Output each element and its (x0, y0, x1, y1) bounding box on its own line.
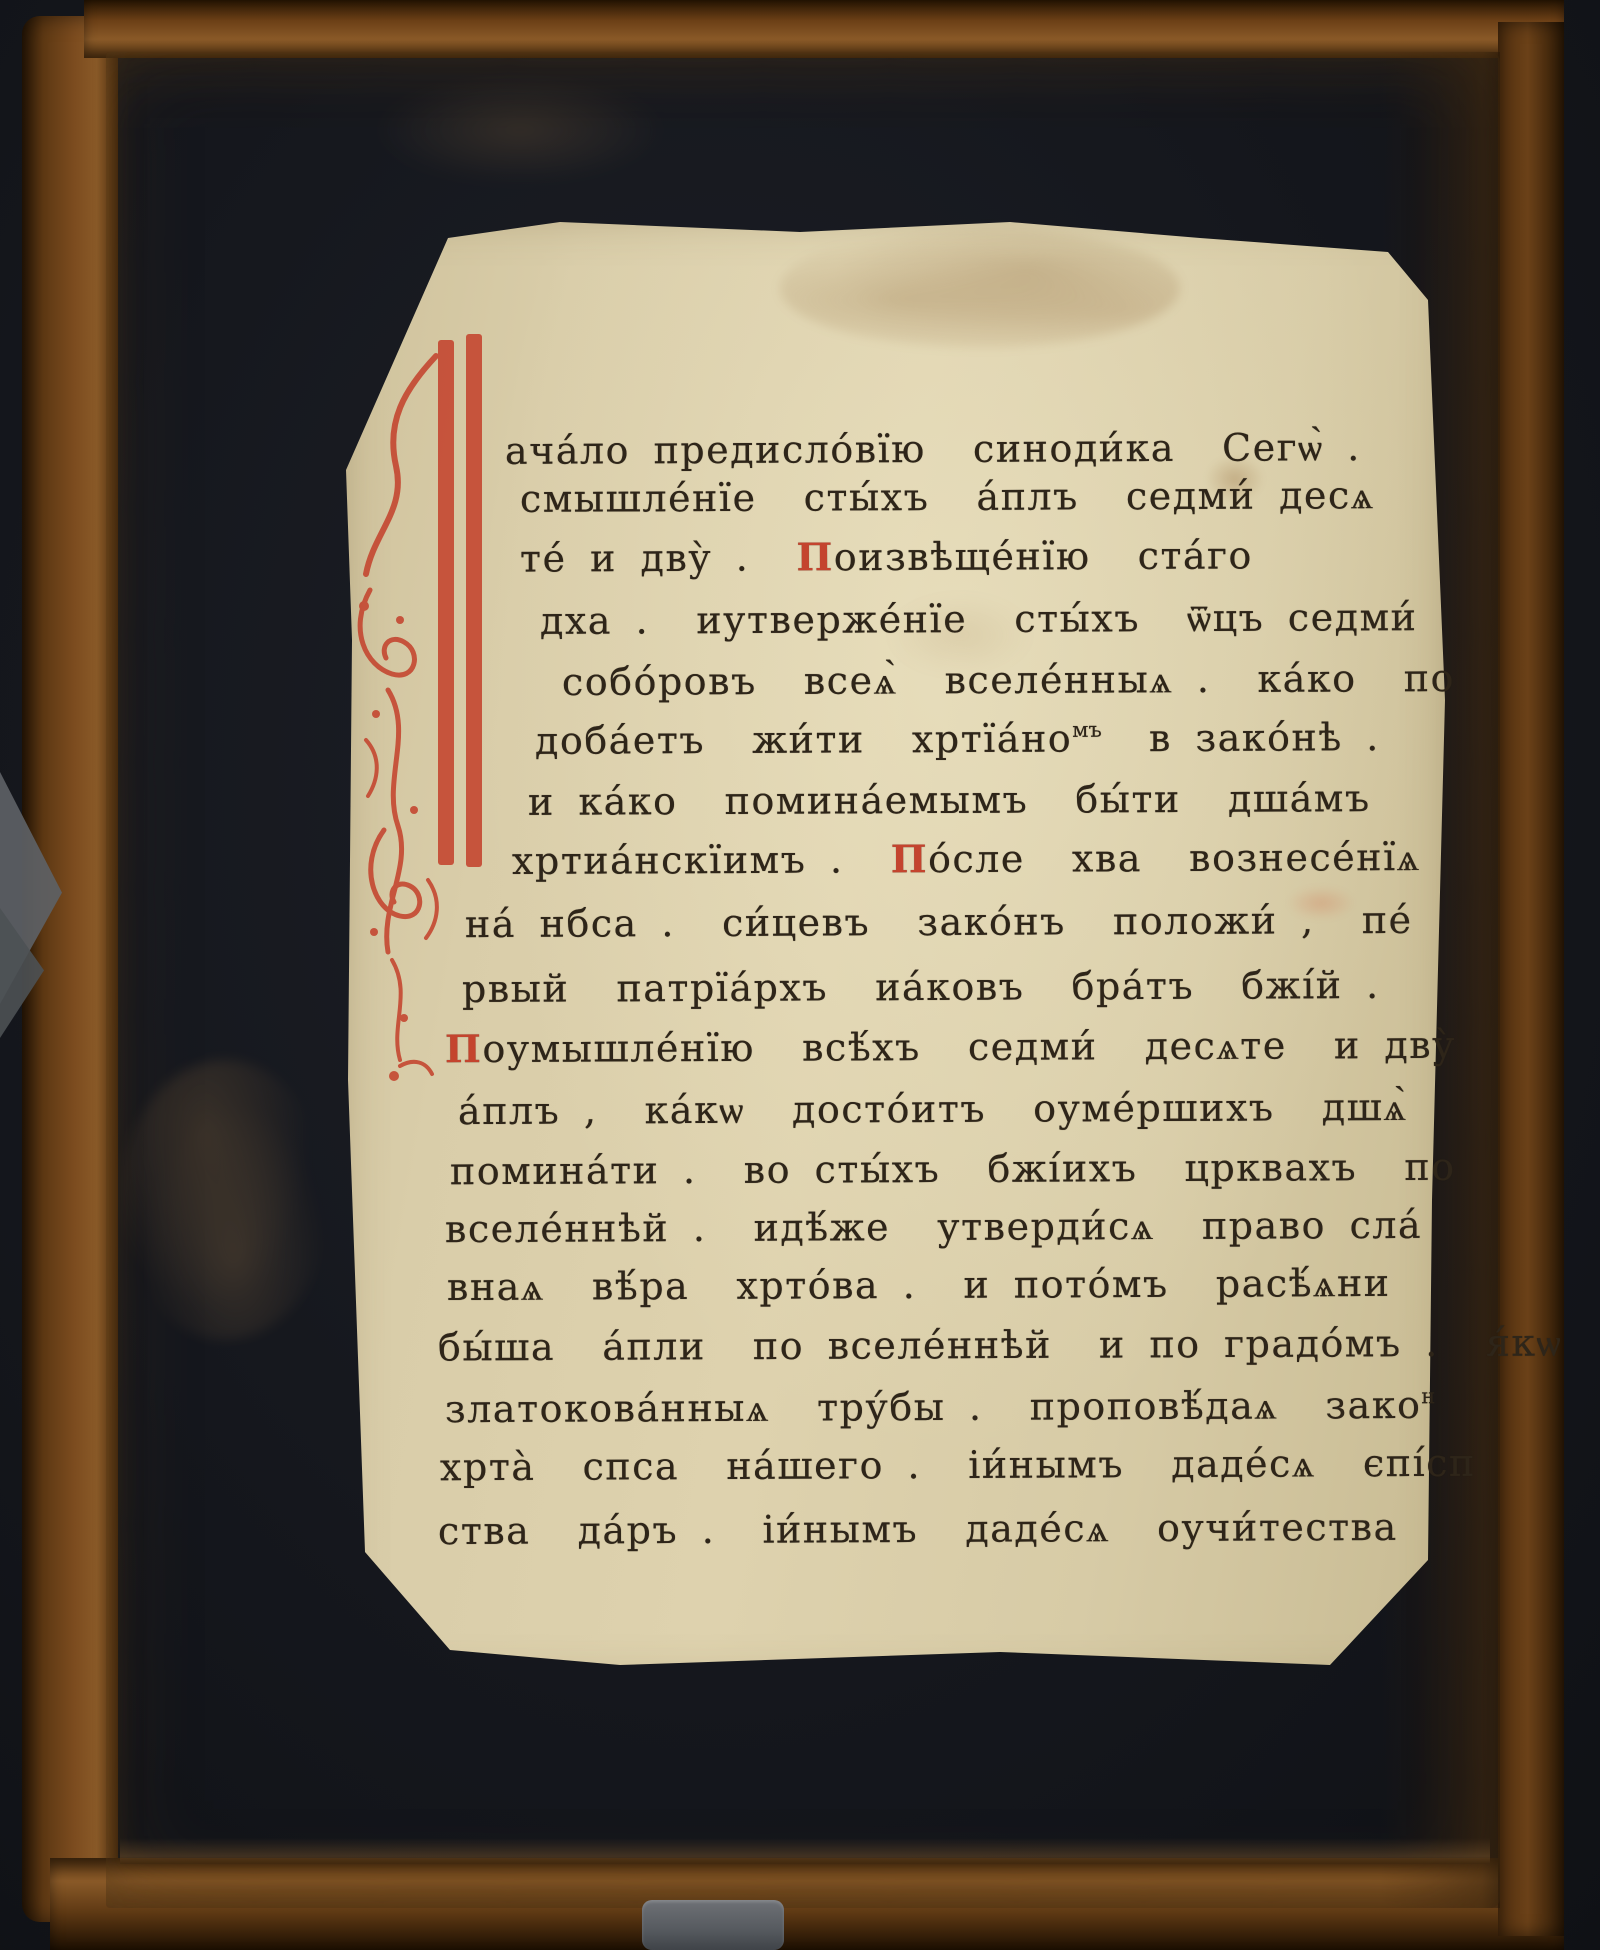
text-segment: рвый патрїа́рхъ иа́ковъ бра́тъ бжі́й . (462, 963, 1380, 1011)
text-line-15: внаѧ вѣ́ра хрто́ва . и пото́мъ расѣ́ѧни (447, 1264, 1391, 1306)
rubric-initial: П (796, 534, 834, 579)
text-line-2: смышле́нїе сты́хъ а́плъ седми́ десѧ (520, 476, 1375, 518)
text-segment: оумышле́нїю всѣ́хъ седми́ десѧте и дву̀ (482, 1023, 1456, 1071)
text-segment: а́плъ , ка́кѡ досто́итъ оуме́ршихъ дшѧ̀ (458, 1085, 1407, 1133)
text-segment: н (1421, 1384, 1435, 1408)
rubric-initial: П (891, 836, 929, 881)
text-line-14: вселе́ннѣй . идѣ́же утверди́сѧ право сла… (445, 1206, 1422, 1248)
text-line-5: собо́ровъ всеѧ̀ вселе́нныѧ . ка́ко по (562, 659, 1455, 701)
text-line-10: рвый патрїа́рхъ иа́ковъ бра́тъ бжі́й . (462, 966, 1380, 1008)
text-line-7: и ка́ко помина́емымъ бы́ти дша́мъ (528, 779, 1371, 821)
text-segment: мъ (1072, 718, 1102, 742)
text-segment: ача́ло предисло́вїю синоди́ка Сегѡ̀ . (505, 425, 1361, 473)
text-segment: бы́ша а́пли по вселе́ннѣй и по градо́мъ … (438, 1321, 1562, 1370)
text-segment: златокова́нныѧ тру́бы . проповѣ́даѧ зако (445, 1383, 1422, 1431)
text-segment: хрта̀ спса на́шего . іи́нымъ даде́сѧ єпі… (440, 1441, 1476, 1490)
text-line-19: ства да́ръ . іи́нымъ даде́сѧ оучи́тества (438, 1508, 1398, 1550)
text-segment: в зако́нѣ . (1102, 715, 1380, 760)
text-segment: о́сле хва вознесе́нїѧ (928, 835, 1421, 881)
text-line-12: а́плъ , ка́кѡ досто́итъ оуме́ршихъ дшѧ̀ (458, 1088, 1407, 1130)
text-line-16: бы́ша а́пли по вселе́ннѣй и по градо́мъ … (438, 1324, 1562, 1367)
text-line-4: дха . иутверже́нїе сты́хъ ѿцъ седми́ (540, 598, 1418, 640)
text-segment: ства да́ръ . іи́нымъ даде́сѧ оучи́тества (438, 1505, 1398, 1553)
text-segment: дха . иутверже́нїе сты́хъ ѿцъ седми́ (540, 595, 1418, 643)
text-segment: те́ и дву̀ . (520, 535, 797, 580)
text-segment: и ка́ко помина́емымъ бы́ти дша́мъ (528, 776, 1371, 824)
text-line-8: хртиа́нскїимъ . По́сле хва вознесе́нїѧ (512, 838, 1421, 880)
text-segment: вселе́ннѣй . идѣ́же утверди́сѧ право сла… (445, 1203, 1422, 1251)
text-segment: смышле́нїе сты́хъ а́плъ седми́ десѧ (520, 473, 1375, 521)
text-segment: собо́ровъ всеѧ̀ вселе́нныѧ . ка́ко по (562, 656, 1455, 704)
bottom-grey-tab (642, 1900, 784, 1950)
text-line-3: те́ и дву̀ . Поизвѣще́нїю ста́го (520, 536, 1253, 577)
text-line-6: доба́етъ жи́ти хртїа́номъ в зако́нѣ . (535, 718, 1380, 760)
text-line-13: помина́ти . во сты́хъ бжі́ихъ црквахъ по (450, 1148, 1456, 1190)
text-segment: оизвѣще́нїю ста́го (834, 533, 1253, 579)
manuscript-text-block: ача́ло предисло́вїю синоди́ка Сегѡ̀ .смы… (0, 0, 1600, 1950)
text-line-11: Поумышле́нїю всѣ́хъ седми́ десѧте и дву̀ (445, 1026, 1456, 1068)
text-segment: внаѧ вѣ́ра хрто́ва . и пото́мъ расѣ́ѧни (447, 1261, 1391, 1309)
text-line-18: хрта̀ спса на́шего . іи́нымъ даде́сѧ єпі… (440, 1444, 1476, 1487)
book-photo: ача́ло предисло́вїю синоди́ка Сегѡ̀ .смы… (0, 0, 1600, 1950)
text-segment: на́ нбса . си́цевъ зако́нъ положи́ , пе́ (465, 898, 1413, 946)
text-segment: хртиа́нскїимъ . (512, 837, 891, 883)
rubric-initial: П (445, 1026, 483, 1071)
text-line-17: златокова́нныѧ тру́бы . проповѣ́даѧ зако… (445, 1386, 1435, 1428)
text-segment: помина́ти . во сты́хъ бжі́ихъ црквахъ по (450, 1145, 1456, 1193)
text-line-9: на́ нбса . си́цевъ зако́нъ положи́ , пе́ (465, 901, 1413, 943)
text-segment: доба́етъ жи́ти хртїа́но (535, 716, 1072, 762)
text-line-1: ача́ло предисло́вїю синоди́ка Сегѡ̀ . (505, 428, 1361, 470)
